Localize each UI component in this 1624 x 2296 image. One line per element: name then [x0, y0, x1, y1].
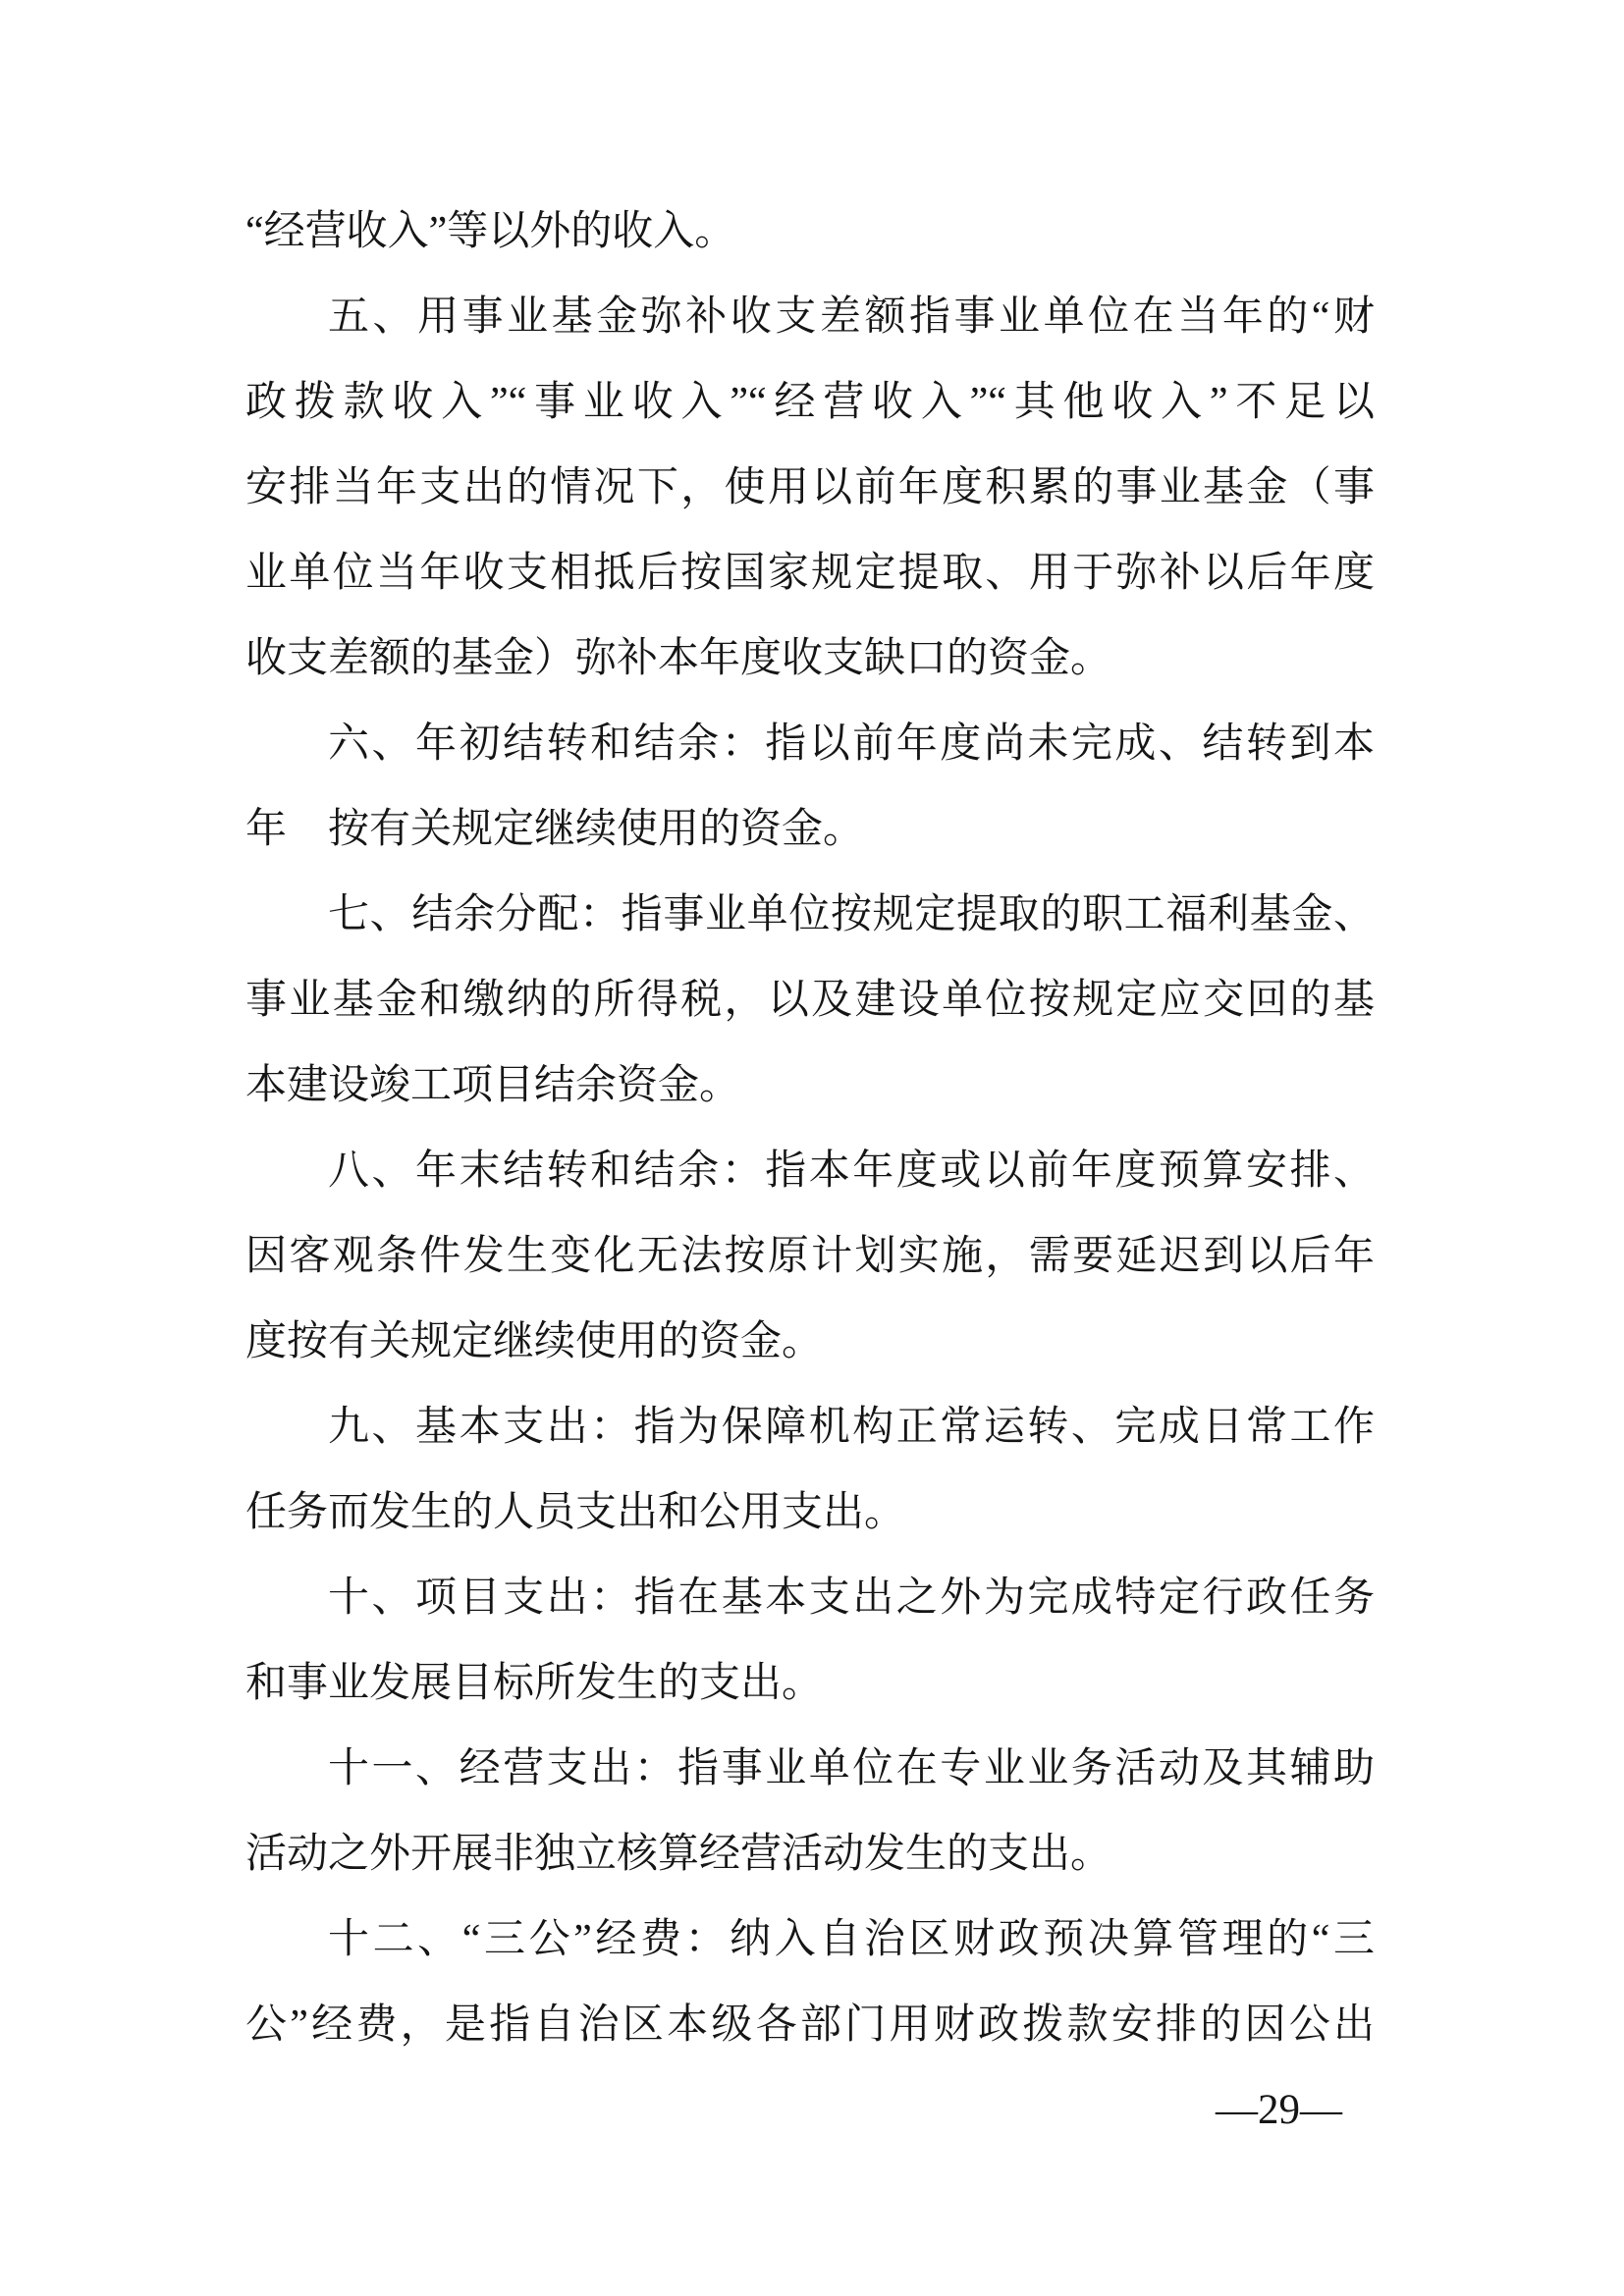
text-line: 收支差额的基金）弥补本年度收支缺口的资金。 [245, 616, 1375, 702]
body-text: “经营收入”等以外的收入。 五、用事业基金弥补收支差额指事业单位在当年的“财 政… [245, 189, 1375, 2068]
text-line: 业单位当年收支相抵后按国家规定提取、用于弥补以后年度 [245, 531, 1375, 616]
text-line: 政拨款收入”“事业收入”“经营收入”“其他收入”不足以 [245, 360, 1375, 446]
text-line: 本建设竣工项目结余资金。 [245, 1043, 1375, 1129]
text-line: 十二、“三公”经费：纳入自治区财政预决算管理的“三 [245, 1897, 1375, 1983]
text-line: 度按有关规定继续使用的资金。 [245, 1300, 1375, 1385]
text-line: 五、用事业基金弥补收支差额指事业单位在当年的“财 [245, 275, 1375, 360]
text-line: 九、基本支出：指为保障机构正常运转、完成日常工作 [245, 1385, 1375, 1470]
text-line: 十、项目支出：指在基本支出之外为完成特定行政任务 [245, 1556, 1375, 1641]
text-line: 任务而发生的人员支出和公用支出。 [245, 1470, 1375, 1556]
text-line: 活动之外开展非独立核算经营活动发生的支出。 [245, 1812, 1375, 1897]
text-line: 年 按有关规定继续使用的资金。 [245, 787, 1375, 873]
text-line: 事业基金和缴纳的所得税，以及建设单位按规定应交回的基 [245, 958, 1375, 1043]
text-line: 十一、经营支出：指事业单位在专业业务活动及其辅助 [245, 1727, 1375, 1812]
document-page: “经营收入”等以外的收入。 五、用事业基金弥补收支差额指事业单位在当年的“财 政… [0, 0, 1624, 2296]
text-line: “经营收入”等以外的收入。 [245, 189, 1375, 275]
text-line: 因客观条件发生变化无法按原计划实施，需要延迟到以后年 [245, 1214, 1375, 1300]
text-line: 六、年初结转和结余：指以前年度尚未完成、结转到本 [245, 702, 1375, 787]
text-line: 七、结余分配：指事业单位按规定提取的职工福利基金、 [245, 873, 1375, 958]
text-line: 公”经费，是指自治区本级各部门用财政拨款安排的因公出 [245, 1983, 1375, 2068]
text-line: 八、年末结转和结余：指本年度或以前年度预算安排、 [245, 1129, 1375, 1214]
text-line: 和事业发展目标所发生的支出。 [245, 1641, 1375, 1727]
page-number: —29— [1216, 2067, 1342, 2153]
text-line: 安排当年支出的情况下，使用以前年度积累的事业基金（事 [245, 446, 1375, 531]
